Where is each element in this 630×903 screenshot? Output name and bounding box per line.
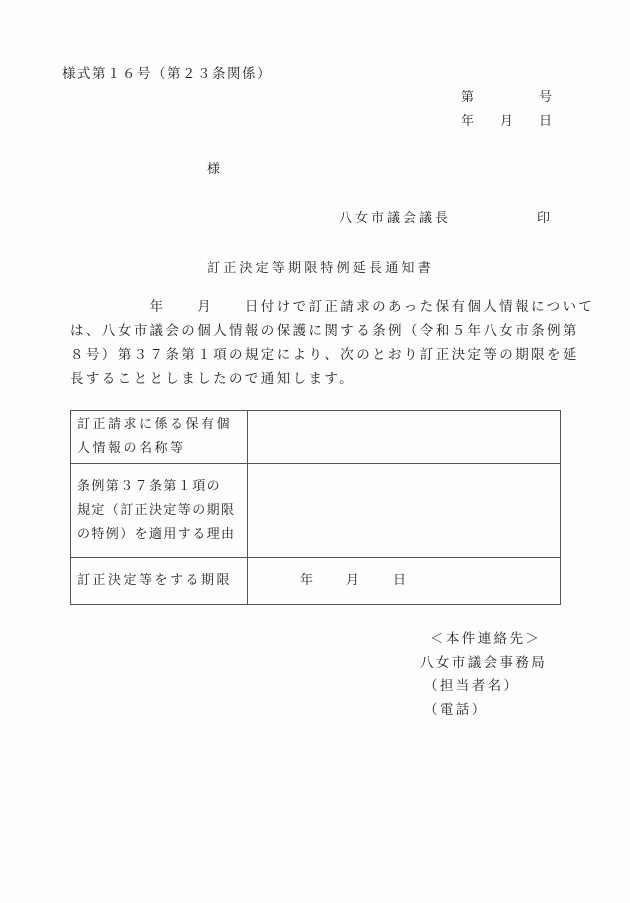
contact-phone: （電話） [424, 699, 547, 723]
table-row: 訂正決定等をする期限 年 月 日 [71, 558, 561, 605]
document-title: 訂正決定等期限特例延長通知書 [207, 257, 434, 276]
contact-heading: ＜本件連絡先＞ [430, 628, 547, 652]
body-line: は、八女市議会の個人情報の保護に関する条例（令和５年八女市条例第 [70, 319, 566, 343]
details-table: 訂正請求に係る保有個 人情報の名称等 条例第３７条第１項の 規定（訂正決定等の期… [70, 410, 561, 605]
contact-person: （担当者名） [424, 675, 547, 699]
sender-title: 八女市議会議長 [339, 207, 451, 226]
deadline-year: 年 [300, 569, 316, 593]
form-number: 様式第１６号（第２３条関係） [62, 62, 272, 82]
body-paragraph: 年 月 日付けで訂正請求のあった保有個人情報について は、八女市議会の個人情報の… [70, 295, 566, 391]
body-line: ８号）第３７条第１項の規定により、次のとおり訂正決定等の期限を延 [70, 343, 566, 367]
doc-number-suffix: 号 [539, 86, 552, 105]
row-label: 訂正決定等をする期限 [71, 558, 248, 605]
table-row: 条例第３７条第１項の 規定（訂正決定等の期限 の特例）を適用する理由 [71, 464, 561, 558]
deadline-day: 日 [393, 569, 409, 593]
doc-number-prefix: 第 [461, 86, 474, 105]
reason-field[interactable] [248, 464, 561, 558]
body-line: 長することとしましたので通知します。 [70, 367, 566, 391]
date-day: 日 [539, 110, 552, 129]
record-name-field[interactable] [248, 411, 561, 464]
seal-mark: 印 [537, 207, 550, 226]
contact-block: ＜本件連絡先＞ 八女市議会事務局 （担当者名） （電話） [430, 628, 547, 722]
body-line: 年 月 日付けで訂正請求のあった保有個人情報について [70, 295, 566, 319]
contact-office: 八女市議会事務局 [420, 652, 547, 676]
deadline-month: 月 [346, 569, 362, 593]
row-label: 訂正請求に係る保有個 人情報の名称等 [71, 411, 248, 464]
addressee-suffix: 様 [207, 158, 220, 177]
table-row: 訂正請求に係る保有個 人情報の名称等 [71, 411, 561, 464]
row-label: 条例第３７条第１項の 規定（訂正決定等の期限 の特例）を適用する理由 [71, 464, 248, 558]
date-month: 月 [500, 110, 513, 129]
date-year: 年 [461, 110, 474, 129]
deadline-field[interactable]: 年 月 日 [248, 558, 561, 605]
